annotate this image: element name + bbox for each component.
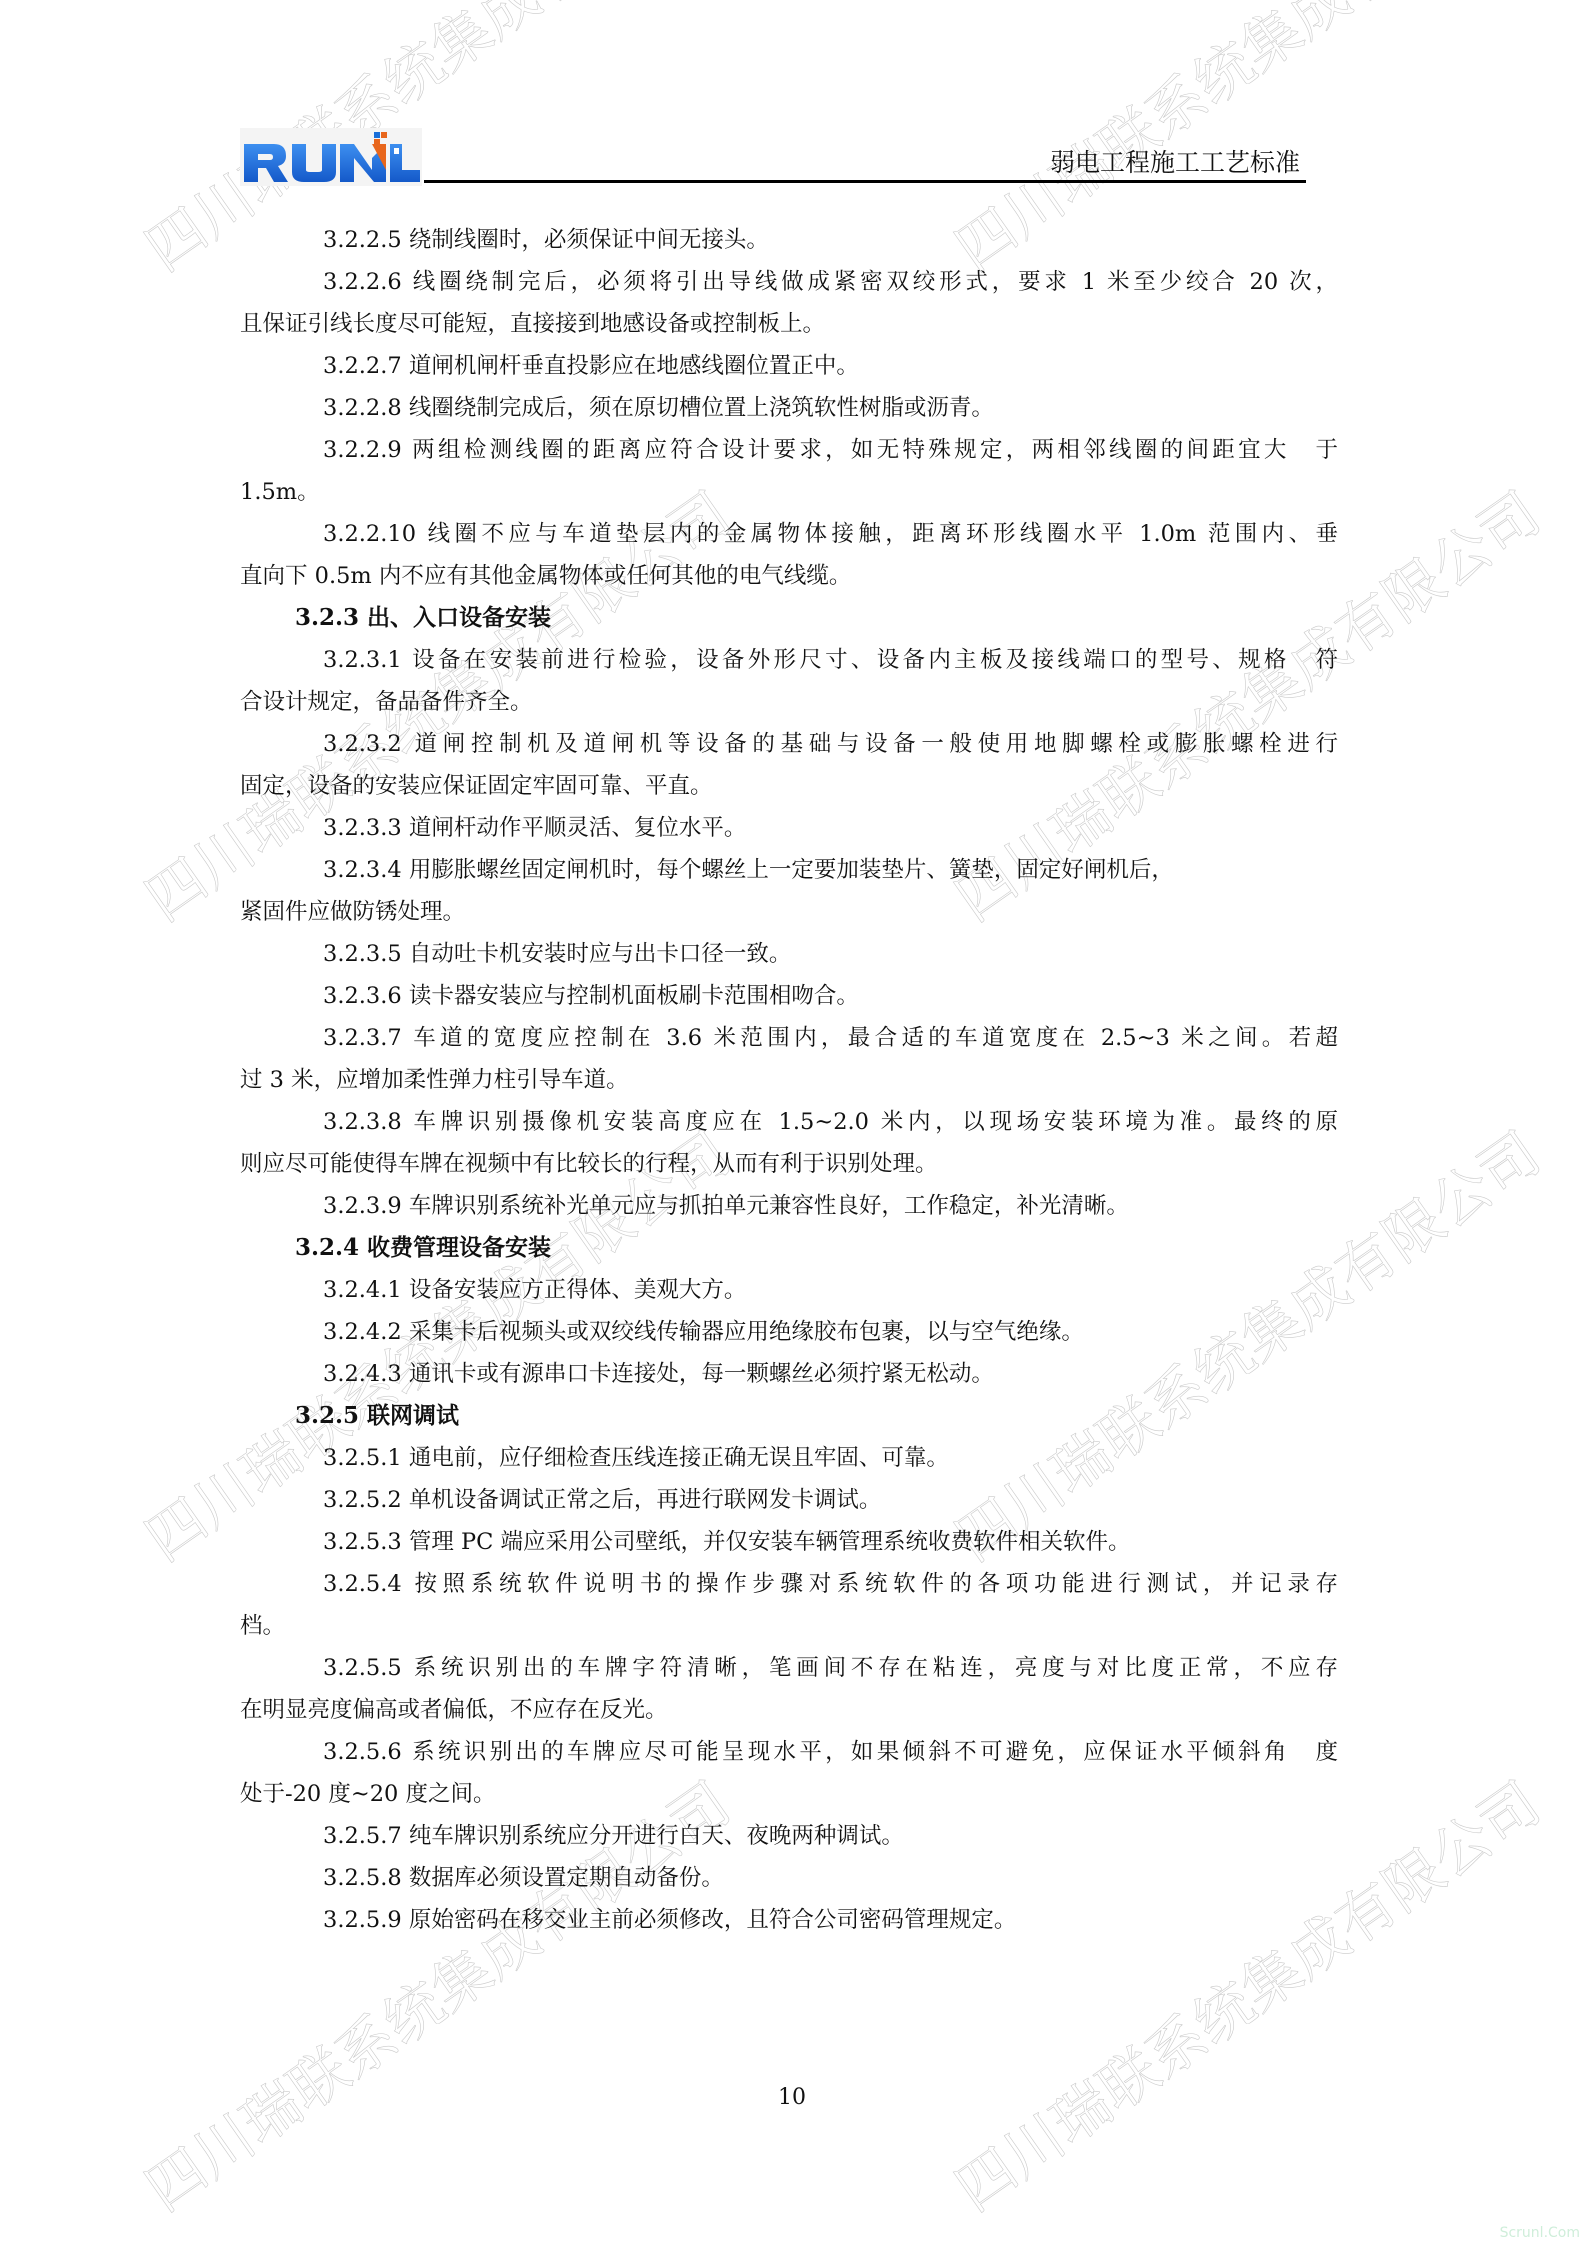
paragraph-line: 处于-20 度~20 度之间。 xyxy=(240,1773,1338,1815)
paragraph-line: 3.2.3.5 自动吐卡机安装时应与出卡口径一致。 xyxy=(240,933,1338,975)
paragraph-line: 3.2.2.5 绕制线圈时，必须保证中间无接头。 xyxy=(240,219,1338,261)
paragraph-line: 3.2.5.8 数据库必须设置定期自动备份。 xyxy=(240,1857,1338,1899)
paragraph-line: 3.2.5.7 纯车牌识别系统应分开进行白天、夜晚两种调试。 xyxy=(240,1815,1338,1857)
paragraph-line: 3.2.3.7 车道的宽度应控制在 3.6 米范围内，最合适的车道宽度在 2.5… xyxy=(240,1017,1338,1059)
paragraph-line: 3.2.3.8 车牌识别摄像机安装高度应在 1.5~2.0 米内，以现场安装环境… xyxy=(240,1101,1338,1143)
paragraph-line: 3.2.4.1 设备安装应方正得体、美观大方。 xyxy=(240,1269,1338,1311)
paragraph-line: 3.2.3.9 车牌识别系统补光单元应与抓拍单元兼容性良好，工作稳定，补光清晰。 xyxy=(240,1185,1338,1227)
paragraph-line: 3.2.4.3 通讯卡或有源串口卡连接处，每一颗螺丝必须拧紧无松动。 xyxy=(240,1353,1338,1395)
paragraph-line: 直向下 0.5m 内不应有其他金属物体或任何其他的电气线缆。 xyxy=(240,555,1338,597)
paragraph-line: 3.2.5.6 系统识别出的车牌应尽可能呈现水平，如果倾斜不可避免，应保证水平倾… xyxy=(240,1731,1338,1773)
paragraph-line: 且保证引线长度尽可能短，直接接到地感设备或控制板上。 xyxy=(240,303,1338,345)
paragraph-line: 3.2.5.3 管理 PC 端应采用公司壁纸，并仅安装车辆管理系统收费软件相关软… xyxy=(240,1521,1338,1563)
paragraph-line: 3.2.2.7 道闸机闸杆垂直投影应在地感线圈位置正中。 xyxy=(240,345,1338,387)
paragraph-line: 3.2.3.1 设备在安装前进行检验，设备外形尺寸、设备内主板及接线端口的型号、… xyxy=(240,639,1338,681)
paragraph-line: 则应尽可能使得车牌在视频中有比较长的行程，从而有利于识别处理。 xyxy=(240,1143,1338,1185)
document-body: 3.2.2.5 绕制线圈时，必须保证中间无接头。3.2.2.6 线圈绕制完后，必… xyxy=(240,219,1338,1941)
paragraph-line: 合设计规定，备品备件齐全。 xyxy=(240,681,1338,723)
paragraph-line: 3.2.3.3 道闸杆动作平顺灵活、复位水平。 xyxy=(240,807,1338,849)
paragraph-line: 3.2.5.2 单机设备调试正常之后，再进行联网发卡调试。 xyxy=(240,1479,1338,1521)
document-page: 四川瑞联系统集成有限公司 四川瑞联系统集成有限公司 四川瑞联系统集成有限公司 四… xyxy=(0,0,1588,2245)
paragraph-line: 3.2.4.2 采集卡后视频头或双绞线传输器应用绝缘胶布包裹，以与空气绝缘。 xyxy=(240,1311,1338,1353)
section-heading: 3.2.3 出、入口设备安装 xyxy=(240,597,1338,639)
document-title: 弱电工程施工工艺标准 xyxy=(1050,148,1300,178)
paragraph-line: 3.2.5.9 原始密码在移交业主前必须修改，且符合公司密码管理规定。 xyxy=(240,1899,1338,1941)
paragraph-line: 3.2.5.5 系统识别出的车牌字符清晰，笔画间不存在粘连，亮度与对比度正常，不… xyxy=(240,1647,1338,1689)
paragraph-line: 3.2.3.4 用膨胀螺丝固定闸机时，每个螺丝上一定要加装垫片、簧垫，固定好闸机… xyxy=(240,849,1338,891)
paragraph-line: 1.5m。 xyxy=(240,471,1338,513)
paragraph-line: 紧固件应做防锈处理。 xyxy=(240,891,1338,933)
section-heading: 3.2.4 收费管理设备安装 xyxy=(240,1227,1338,1269)
company-logo xyxy=(240,128,422,186)
paragraph-line: 3.2.2.10 线圈不应与车道垫层内的金属物体接触，距离环形线圈水平 1.0m… xyxy=(240,513,1338,555)
paragraph-line: 3.2.3.6 读卡器安装应与控制机面板刷卡范围相吻合。 xyxy=(240,975,1338,1017)
paragraph-line: 3.2.2.9 两组检测线圈的距离应符合设计要求，如无特殊规定，两相邻线圈的间距… xyxy=(240,429,1338,471)
paragraph-line: 3.2.2.8 线圈绕制完成后，须在原切槽位置上浇筑软性树脂或沥青。 xyxy=(240,387,1338,429)
paragraph-line: 档。 xyxy=(240,1605,1338,1647)
paragraph-line: 固定，设备的安装应保证固定牢固可靠、平直。 xyxy=(240,765,1338,807)
paragraph-line: 3.2.5.4 按照系统软件说明书的操作步骤对系统软件的各项功能进行测试，并记录… xyxy=(240,1563,1338,1605)
paragraph-line: 在明显亮度偏高或者偏低，不应存在反光。 xyxy=(240,1689,1338,1731)
paragraph-line: 3.2.2.6 线圈绕制完后，必须将引出导线做成紧密双绞形式，要求 1 米至少绞… xyxy=(240,261,1338,303)
section-heading: 3.2.5 联网调试 xyxy=(240,1395,1338,1437)
site-watermark: Scrunl.Com xyxy=(1500,2225,1580,2241)
paragraph-line: 过 3 米，应增加柔性弹力柱引导车道。 xyxy=(240,1059,1338,1101)
paragraph-line: 3.2.5.1 通电前，应仔细检查压线连接正确无误且牢固、可靠。 xyxy=(240,1437,1338,1479)
header-divider xyxy=(424,180,1306,183)
page-number: 10 xyxy=(778,2085,806,2110)
runl-logo-icon xyxy=(240,128,422,186)
paragraph-line: 3.2.3.2 道闸控制机及道闸机等设备的基础与设备一般使用地脚螺栓或膨胀螺栓进… xyxy=(240,723,1338,765)
